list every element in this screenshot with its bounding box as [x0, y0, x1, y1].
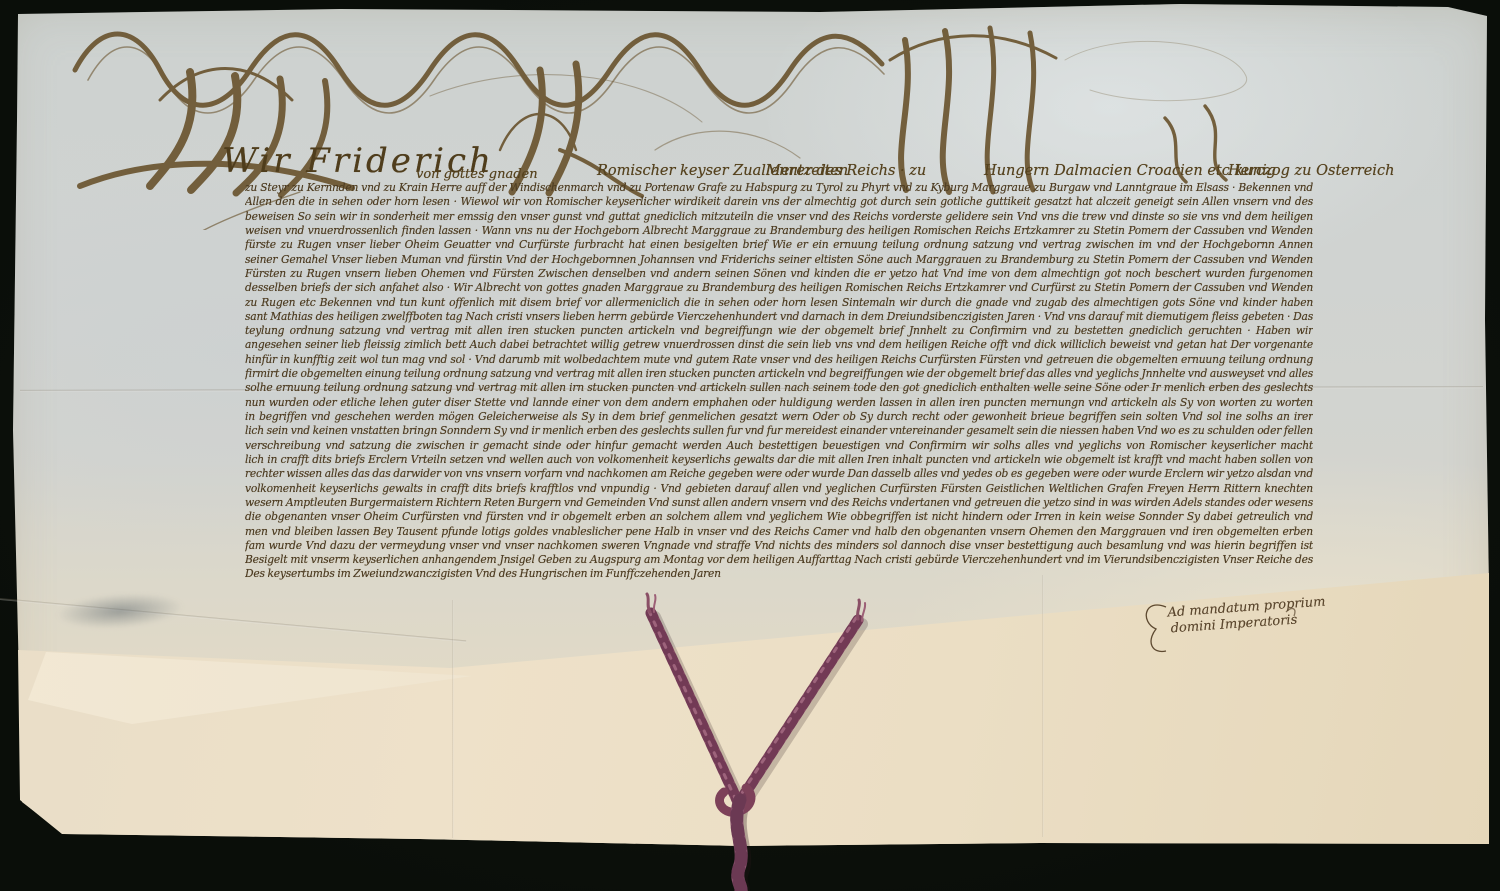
charter-photograph: Wir Friderich von gottes gnaden Romische…: [0, 0, 1500, 891]
chancery-paraph: [1146, 605, 1295, 651]
seal-cord: [0, 0, 1500, 891]
